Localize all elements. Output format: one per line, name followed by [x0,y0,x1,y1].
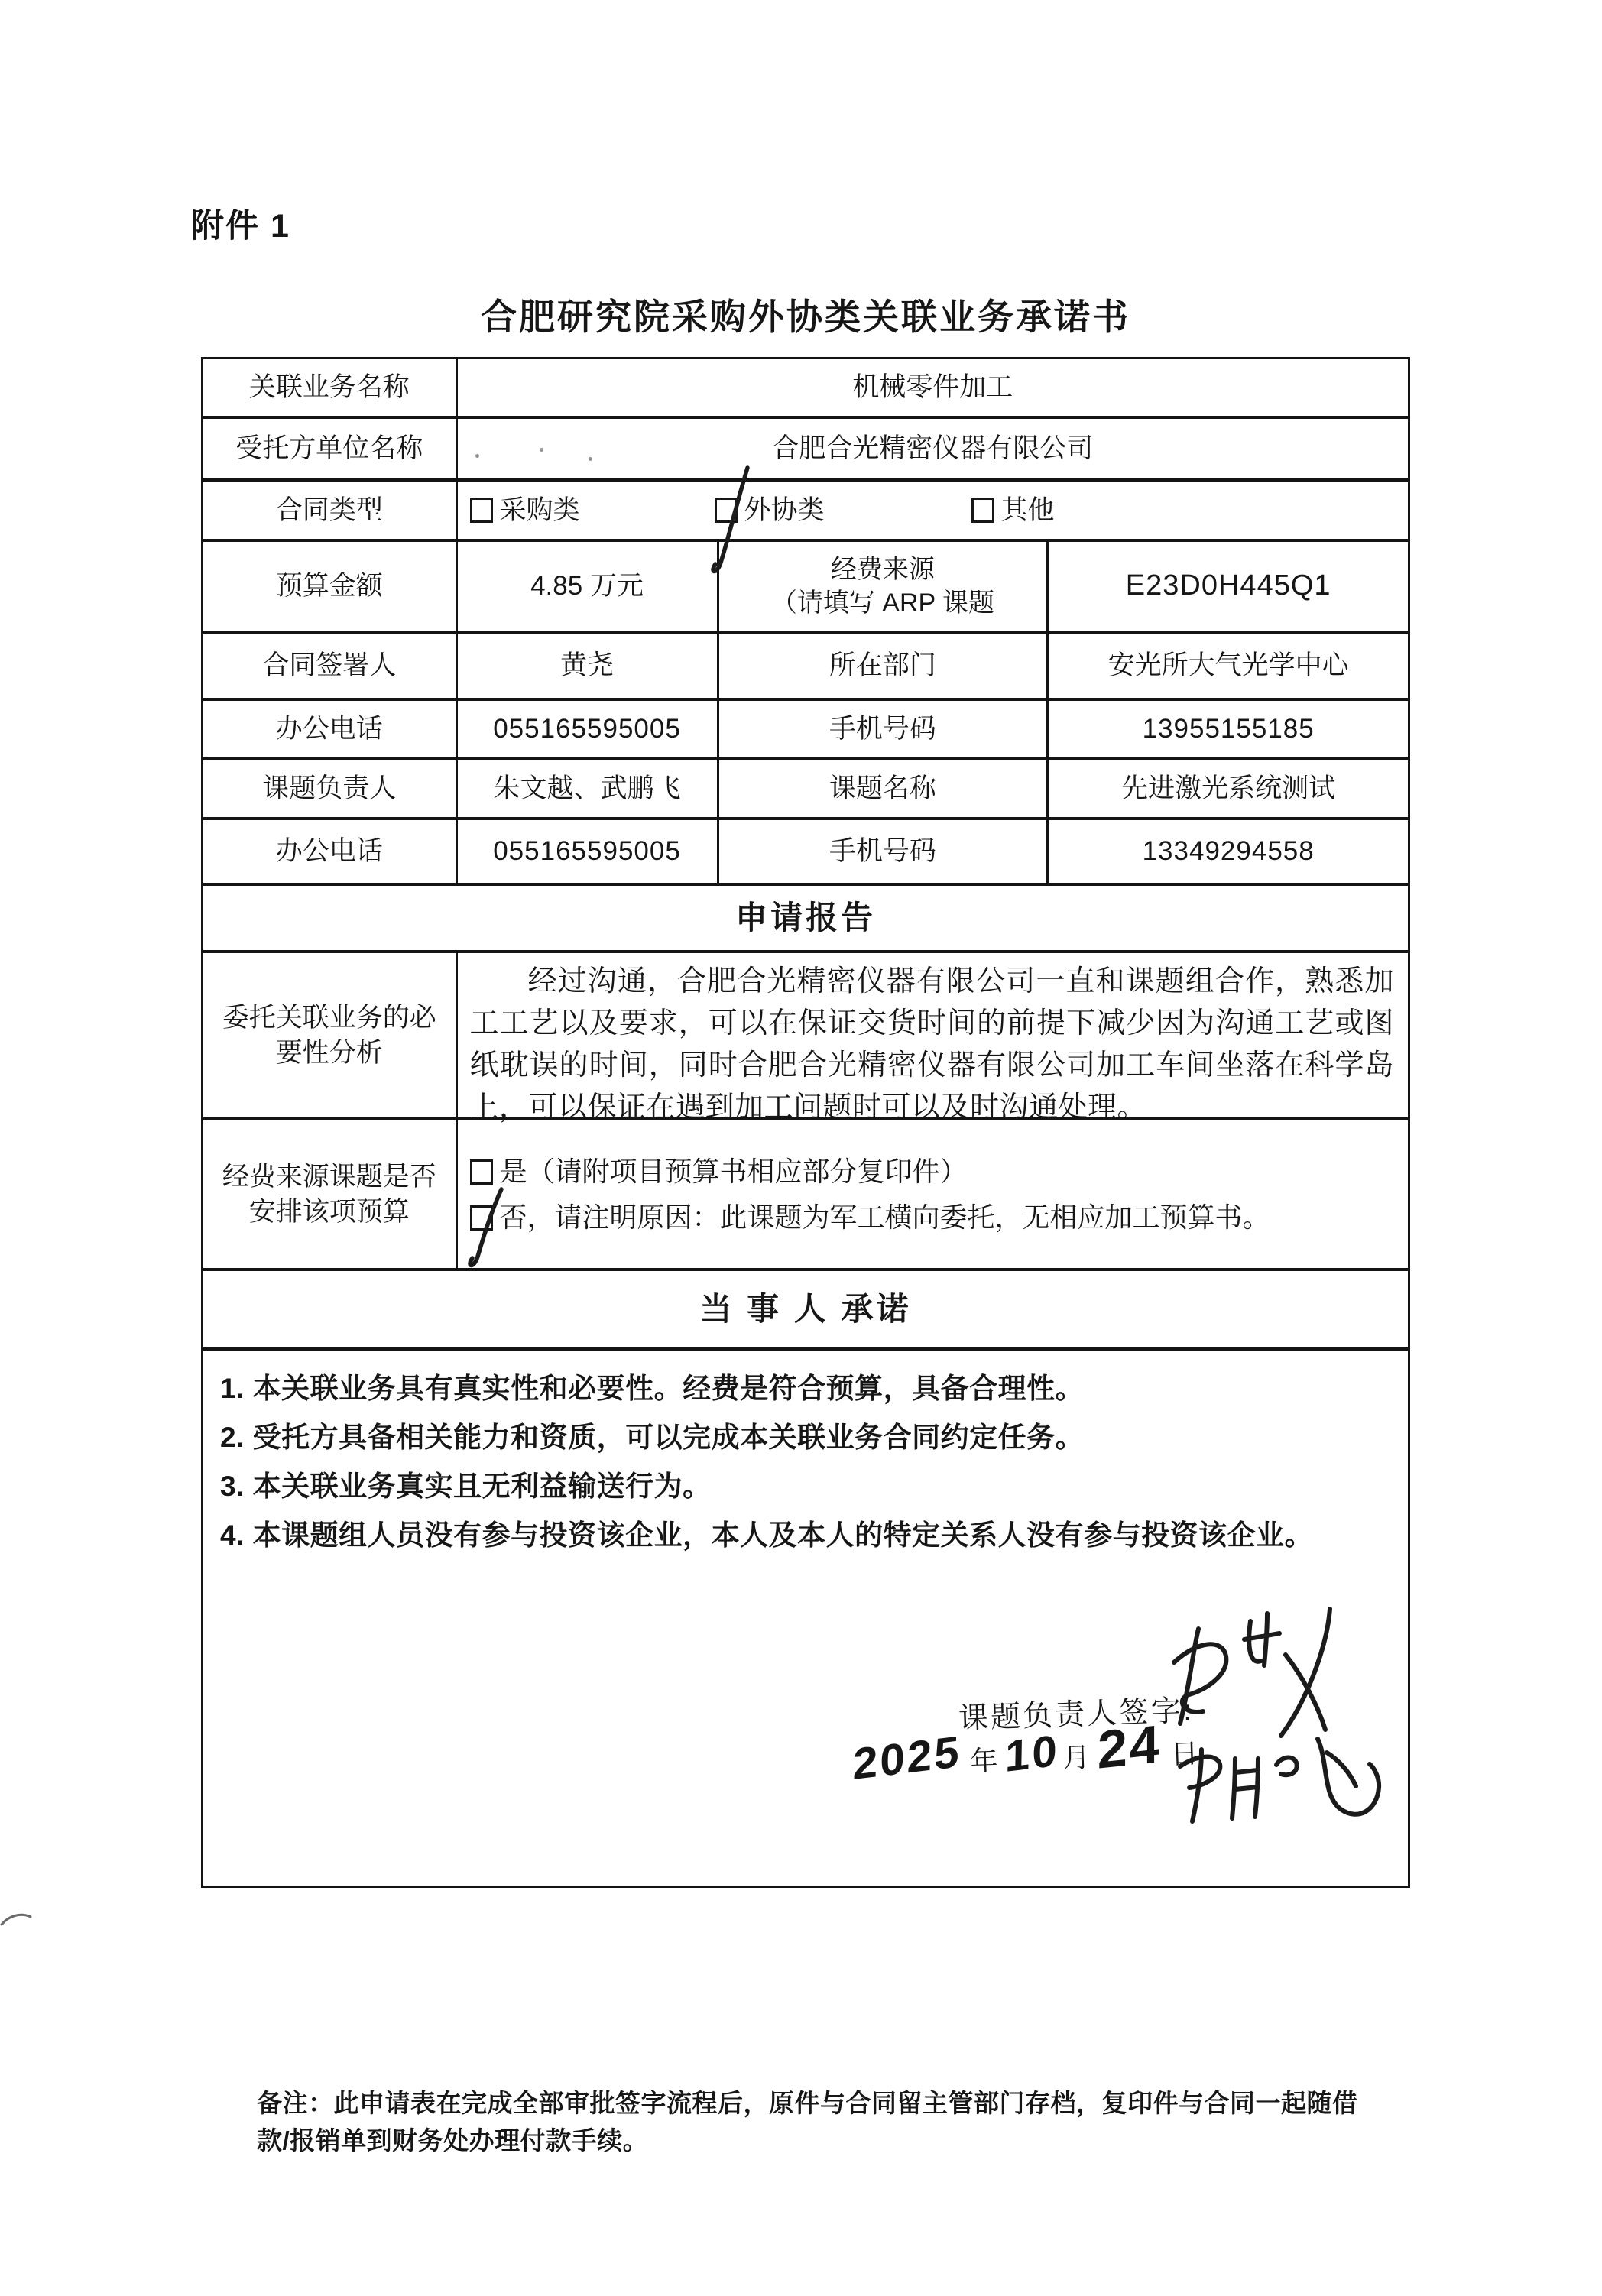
option-purchase-label: 采购类 [500,493,580,528]
option-purchase: 采购类 [470,482,580,539]
contract-signer-value: 黄尧 [458,634,719,698]
budget-amount-label: 预算金额 [203,542,458,631]
promise-section: 1. 本关联业务具有真实性和必要性。经费是符合预算，具备合理性。 2. 受托方具… [203,1351,1408,1886]
footnote: 备注：此申请表在完成全部审批签字流程后，原件与合同留主管部门存档，复印件与合同一… [257,2085,1379,2160]
year-unit: 年 [970,1743,999,1779]
page-title: 合肥研究院采购外协类关联业务承诺书 [201,289,1410,340]
table-row: 合同类型 采购类 外协类 其他 [203,482,1408,542]
department-value: 安光所大气光学中心 [1049,634,1408,698]
option-other: 其他 [971,482,1055,539]
mobile-2-label: 手机号码 [719,820,1049,883]
table-row: 办公电话 055165595005 手机号码 13955155185 [203,701,1408,760]
checkbox-outsourcing[interactable] [715,498,738,523]
office-phone-2-value: 055165595005 [458,820,719,883]
project-name-label: 课题名称 [719,760,1049,817]
option-no-label: 否，请注明原因：此课题为军工横向委托，无相应加工预算书。 [500,1200,1270,1236]
mobile-1-label: 手机号码 [719,701,1049,757]
table-row: 委托关联业务的必要性分析 经过沟通，合肥合光精密仪器有限公司一直和课题组合作，熟… [203,953,1408,1120]
trustee-unit-label: 受托方单位名称 [203,419,458,478]
checkbox-purchase[interactable] [470,498,493,523]
option-other-label: 其他 [1001,493,1055,528]
table-row: 当 事 人 承诺 [203,1271,1408,1351]
table-row: 预算金额 4.85 万元 经费来源 （请填写 ARP 课题 E23D0H445Q… [203,542,1408,634]
mobile-2-value: 13349294558 [1049,820,1408,883]
budget-arranged-label: 经费来源课题是否安排该项预算 [203,1120,458,1268]
scan-speck [475,454,479,458]
option-outsourcing-label: 外协类 [744,493,825,528]
funding-source-label: 经费来源 （请填写 ARP 课题 [719,542,1049,631]
table-row: 受托方单位名称 合肥合光精密仪器有限公司 [203,419,1408,482]
handwritten-day: 24 [1097,1709,1161,1785]
funding-source-label-line1: 经费来源 [831,553,935,586]
table-row: 申请报告 [203,886,1408,953]
contract-type-options: 采购类 外协类 其他 [458,482,1408,539]
handwritten-month: 10 [1004,1722,1059,1786]
budget-amount-value: 4.85 万元 [458,542,719,631]
table-row: 1. 本关联业务具有真实性和必要性。经费是符合预算，具备合理性。 2. 受托方具… [203,1351,1408,1886]
mobile-1-value: 13955155185 [1049,701,1408,757]
option-yes: 是（请附项目预算书相应部分复印件） [470,1151,1400,1192]
related-business-name-value: 机械零件加工 [458,359,1408,416]
necessity-text: 经过沟通，合肥合光精密仪器有限公司一直和课题组合作，熟悉加工工艺以及要求，可以在… [458,953,1408,1117]
table-row: 课题负责人 朱文越、武鹏飞 课题名称 先进激光系统测试 [203,760,1408,820]
handwritten-year: 2025 [852,1723,962,1793]
project-leader-label: 课题负责人 [203,760,458,817]
trustee-unit-value: 合肥合光精密仪器有限公司 [458,419,1408,478]
office-phone-1-value: 055165595005 [458,701,719,757]
budget-arranged-options: 是（请附项目预算书相应部分复印件） 否，请注明原因：此课题为军工横向委托，无相应… [458,1120,1408,1268]
attachment-label: 附件 1 [191,200,290,247]
department-label: 所在部门 [719,634,1049,698]
table-row: 关联业务名称 机械零件加工 [203,359,1408,419]
scan-speck [540,448,543,452]
promise-item: 1. 本关联业务具有真实性和必要性。经费是符合预算，具备合理性。 [220,1370,1393,1407]
form-table: 关联业务名称 机械零件加工 受托方单位名称 合肥合光精密仪器有限公司 合同类型 … [201,357,1410,1888]
promise-list: 1. 本关联业务具有真实性和必要性。经费是符合预算，具备合理性。 2. 受托方具… [203,1351,1408,1554]
checkbox-other[interactable] [971,498,994,523]
related-business-name-label: 关联业务名称 [203,359,458,416]
month-unit: 月 [1062,1740,1091,1776]
promise-item: 4. 本课题组人员没有参与投资该企业，本人及本人的特定关系人没有参与投资该企业。 [220,1517,1393,1554]
checkbox-no[interactable] [470,1205,493,1231]
table-row: 办公电话 055165595005 手机号码 13349294558 [203,820,1408,886]
option-outsourcing: 外协类 [715,482,825,539]
table-row: 合同签署人 黄尧 所在部门 安光所大气光学中心 [203,634,1408,701]
handwritten-date: 2025 年 10 月 24 日 [852,1710,1207,1792]
day-unit: 日 [1170,1736,1199,1772]
necessity-label: 委托关联业务的必要性分析 [203,953,458,1117]
promise-item: 2. 受托方具备相关能力和资质，可以完成本关联业务合同约定任务。 [220,1419,1393,1456]
promise-item: 3. 本关联业务真实且无利益输送行为。 [220,1468,1393,1505]
checkbox-yes[interactable] [470,1159,493,1185]
funding-source-value: E23D0H445Q1 [1049,542,1408,631]
scan-mark [0,1909,34,1931]
option-no: 否，请注明原因：此课题为军工横向委托，无相应加工预算书。 [470,1197,1400,1238]
project-name-value: 先进激光系统测试 [1049,760,1408,817]
contract-type-label: 合同类型 [203,482,458,539]
office-phone-1-label: 办公电话 [203,701,458,757]
office-phone-2-label: 办公电话 [203,820,458,883]
scanned-form-page: 附件 1 合肥研究院采购外协类关联业务承诺书 关联业务名称 机械零件加工 受托方… [0,0,1602,2296]
project-leader-value: 朱文越、武鹏飞 [458,760,719,817]
contract-signer-label: 合同签署人 [203,634,458,698]
option-yes-label: 是（请附项目预算书相应部分复印件） [500,1154,968,1190]
application-report-header: 申请报告 [203,886,1408,950]
party-promise-header: 当 事 人 承诺 [203,1271,1408,1347]
funding-source-label-line2: （请填写 ARP 课题 [771,586,994,620]
table-row: 经费来源课题是否安排该项预算 是（请附项目预算书相应部分复印件） 否，请注明原因… [203,1120,1408,1271]
scan-speck [589,457,592,461]
